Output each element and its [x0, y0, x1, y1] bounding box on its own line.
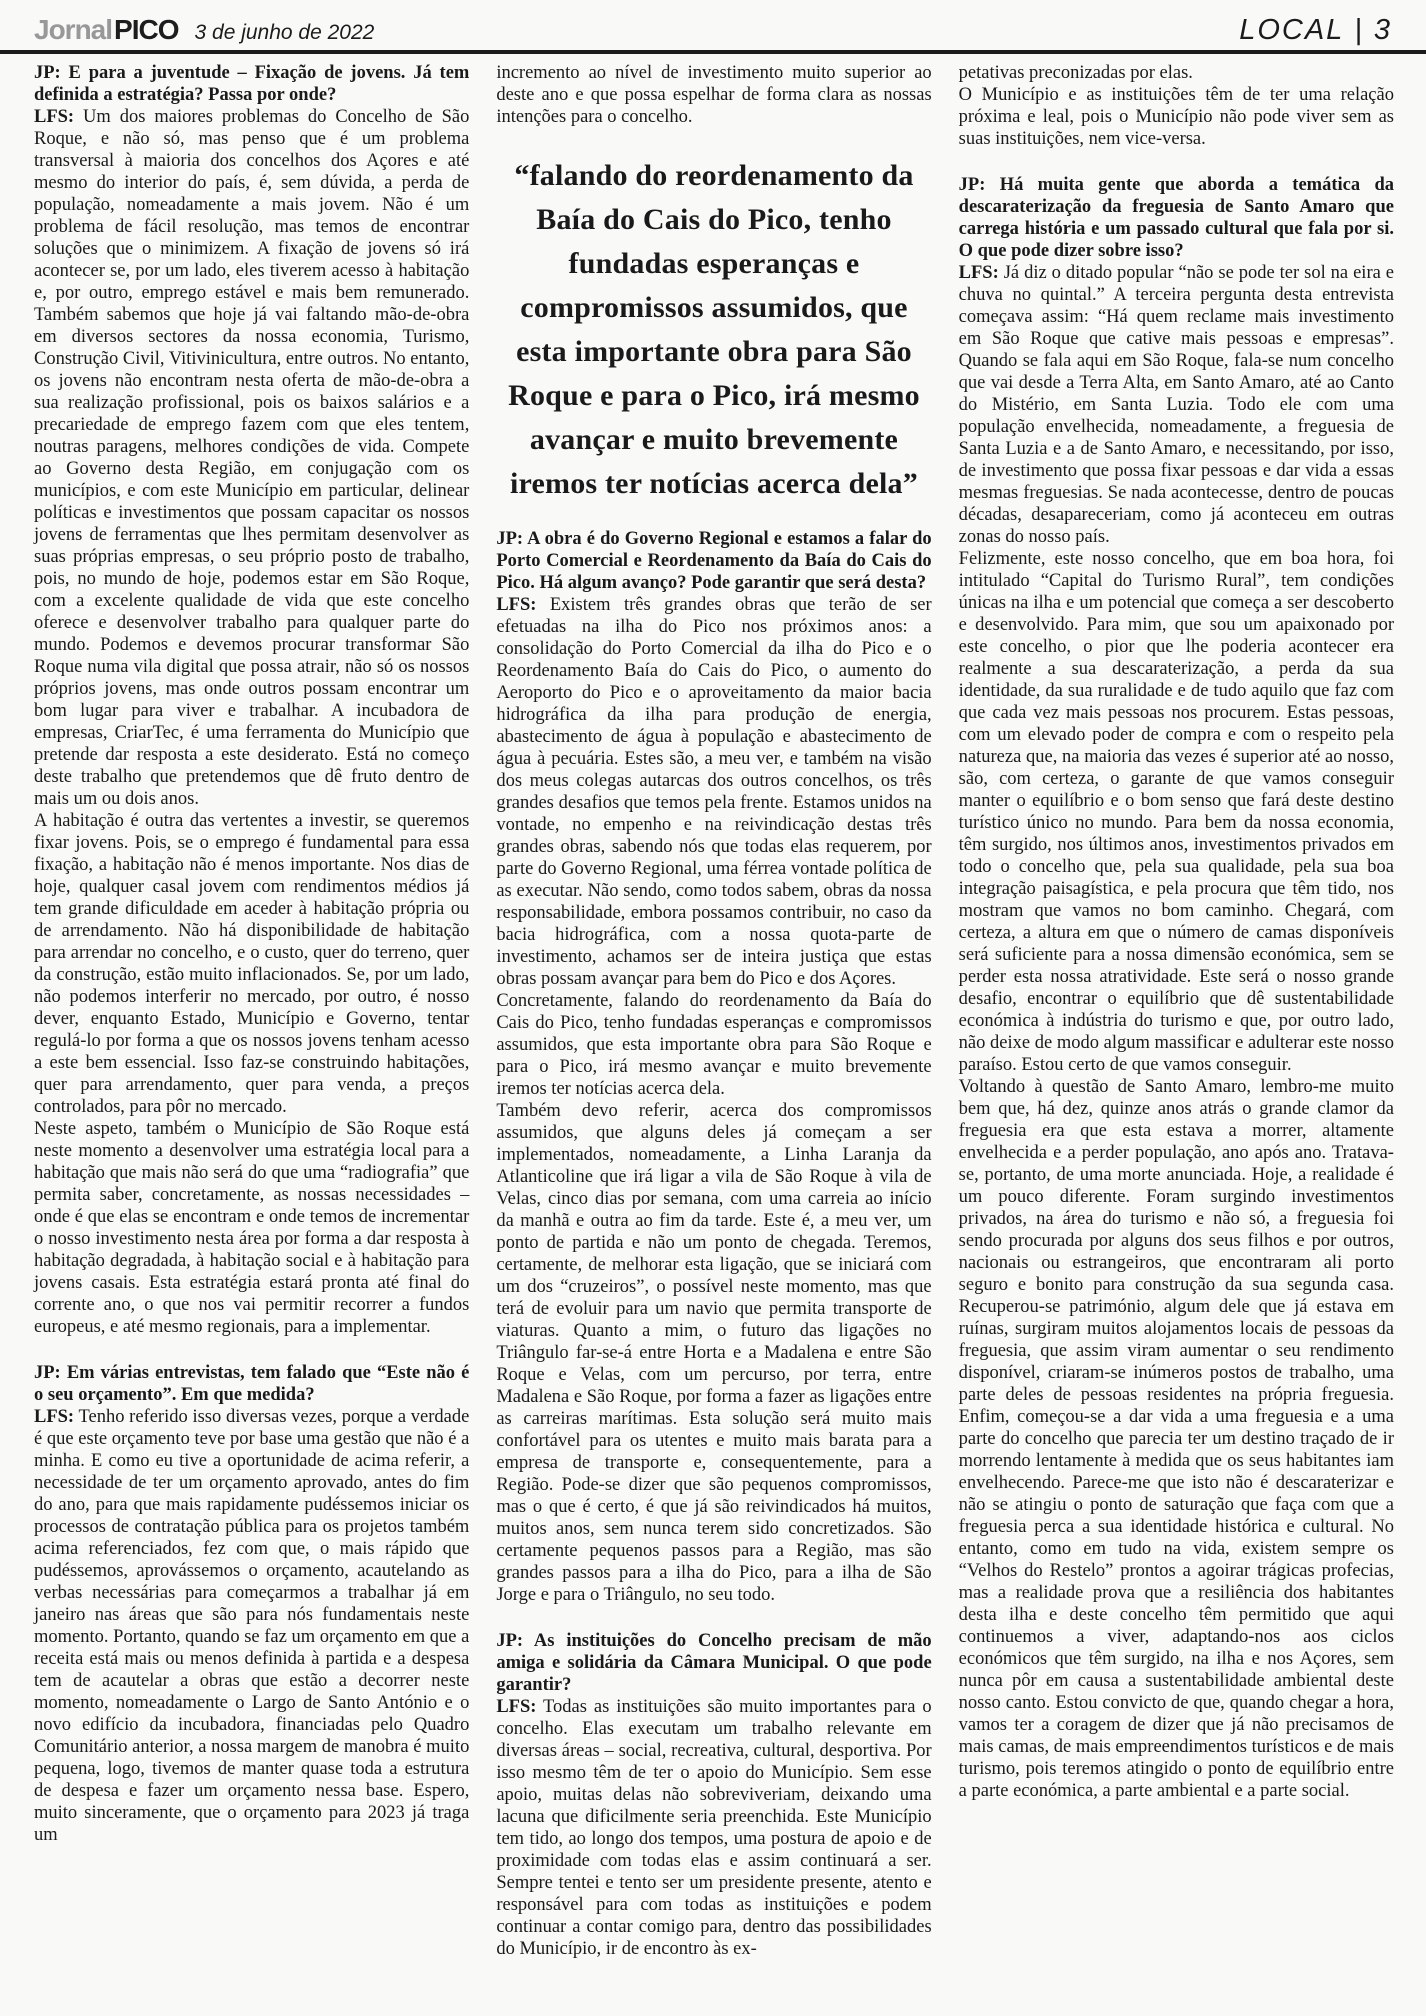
interview-answer: LFS: Existem três grandes obras que terã…	[496, 594, 931, 990]
article-column-2: incremento ao nível de investimento muit…	[496, 62, 931, 1960]
article-paragraph: Felizmente, este nosso concelho, que em …	[959, 548, 1394, 1076]
section-divider: |	[1344, 14, 1374, 46]
interview-answer: LFS: Todas as instituições são muito imp…	[496, 1696, 931, 1960]
article-paragraph: Voltando à questão de Santo Amaro, lembr…	[959, 1076, 1394, 1802]
interview-question: JP: A obra é do Governo Regional e estam…	[496, 528, 931, 594]
article-paragraph: Concretamente, falando do reordenamento …	[496, 990, 931, 1100]
article-paragraph: Neste aspeto, também o Município de São …	[34, 1118, 469, 1338]
article-paragraph: Também devo referir, acerca dos compromi…	[496, 1100, 931, 1606]
answer-lead: LFS:	[959, 263, 999, 283]
article-column-1: JP: E para a juventude – Fixação de jove…	[34, 62, 469, 1960]
edition-date: 3 de junho de 2022	[195, 21, 375, 45]
interview-answer: LFS: Tenho referido isso diversas vezes,…	[34, 1406, 469, 1846]
page-number: 3	[1374, 14, 1392, 46]
article-paragraph-continuation: incremento ao nível de investimento muit…	[496, 62, 931, 128]
logo-word-pico: PICO	[112, 14, 180, 45]
article-column-3: petativas preconizadas por elas.O Municí…	[959, 62, 1394, 1960]
paragraph-gap	[496, 1606, 931, 1630]
pull-quote: “falando do reordenamento da Baía do Cai…	[496, 154, 931, 506]
answer-lead: LFS:	[496, 1697, 536, 1717]
logo-word-jornal: Jornal	[34, 14, 112, 45]
paragraph-gap	[959, 150, 1394, 174]
section-and-page: LOCAL|3	[1239, 16, 1392, 45]
masthead: JornalPICO 3 de junho de 2022	[34, 16, 374, 45]
interview-answer: LFS: Já diz o ditado popular “não se pod…	[959, 262, 1394, 548]
interview-answer: LFS: Um dos maiores problemas do Concelh…	[34, 106, 469, 810]
interview-question: JP: Em várias entrevistas, tem falado qu…	[34, 1362, 469, 1406]
newspaper-logo: JornalPICO	[34, 16, 181, 44]
interview-question: JP: E para a juventude – Fixação de jove…	[34, 62, 469, 106]
interview-question: JP: Há muita gente que aborda a temática…	[959, 174, 1394, 262]
section-label: LOCAL	[1239, 14, 1344, 46]
article-paragraph: A habitação é outra das vertentes a inve…	[34, 810, 469, 1118]
page-header: JornalPICO 3 de junho de 2022 LOCAL|3	[0, 0, 1426, 54]
interview-question: JP: As instituições do Concelho precisam…	[496, 1630, 931, 1696]
answer-lead: LFS:	[34, 1407, 74, 1427]
article-paragraph-continuation: petativas preconizadas por elas.	[959, 62, 1394, 84]
answer-lead: LFS:	[496, 595, 536, 615]
newspaper-page: JornalPICO 3 de junho de 2022 LOCAL|3 JP…	[0, 0, 1426, 2016]
article-columns: JP: E para a juventude – Fixação de jove…	[0, 54, 1426, 1960]
article-paragraph: O Município e as instituições têm de ter…	[959, 84, 1394, 150]
paragraph-gap	[34, 1338, 469, 1362]
answer-lead: LFS:	[34, 107, 74, 127]
